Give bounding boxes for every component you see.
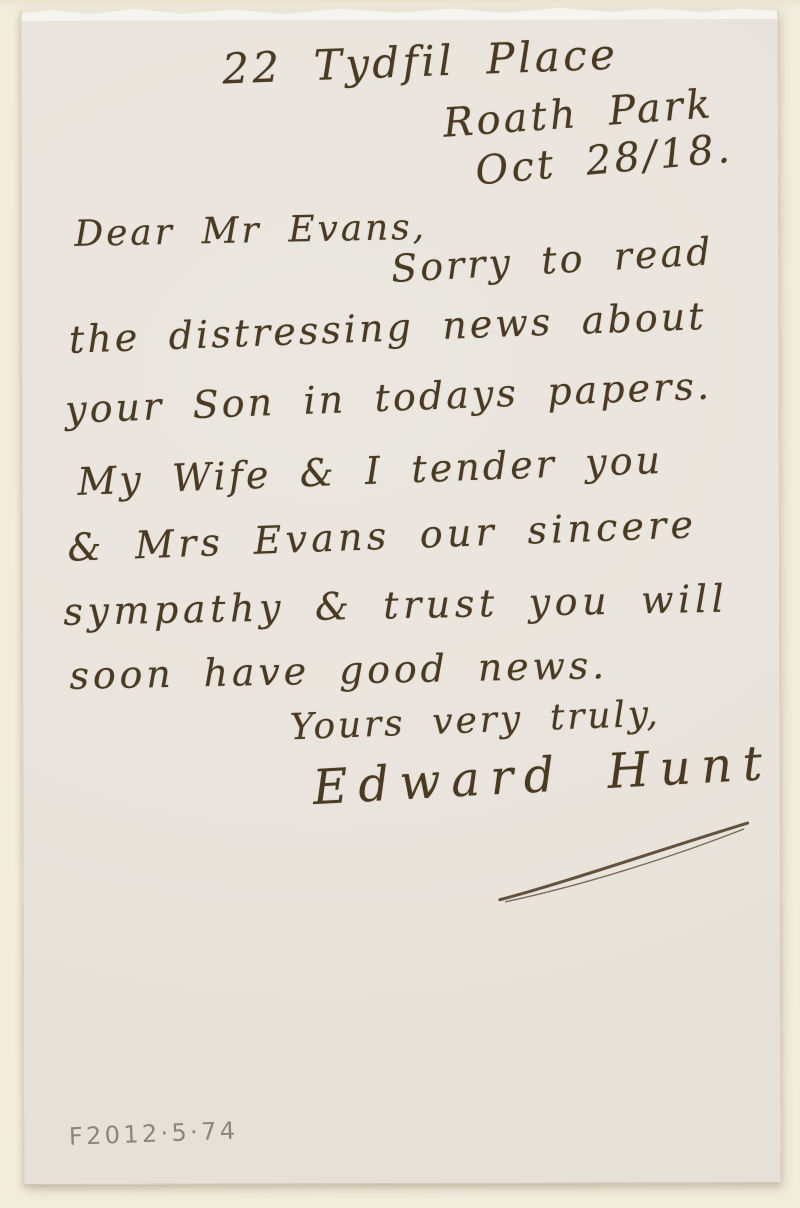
body-line: sympathy & trust you will xyxy=(63,580,729,631)
letter-sheet: 22 Tydfil Place Roath Park Oct 28/18. De… xyxy=(20,9,781,1185)
scanned-letter: 22 Tydfil Place Roath Park Oct 28/18. De… xyxy=(0,0,800,1208)
signature: Edward Hunt xyxy=(311,739,773,812)
address-line-1: 22 Tydfil Place xyxy=(222,34,619,91)
body-line: your Son in todays papers. xyxy=(64,367,712,429)
body-line: & Mrs Evans our sincere xyxy=(67,505,698,567)
closing-line: Yours very truly, xyxy=(289,696,661,746)
body-line: Sorry to read xyxy=(390,232,714,288)
body-line: soon have good news. xyxy=(69,646,608,695)
salutation: Dear Mr Evans, xyxy=(74,210,427,253)
body-line: the distressing news about xyxy=(68,297,707,359)
signature-flourish-stroke xyxy=(492,815,758,908)
body-line: My Wife & I tender you xyxy=(77,441,664,501)
catalog-number: F2012·5·74 xyxy=(68,1117,238,1151)
